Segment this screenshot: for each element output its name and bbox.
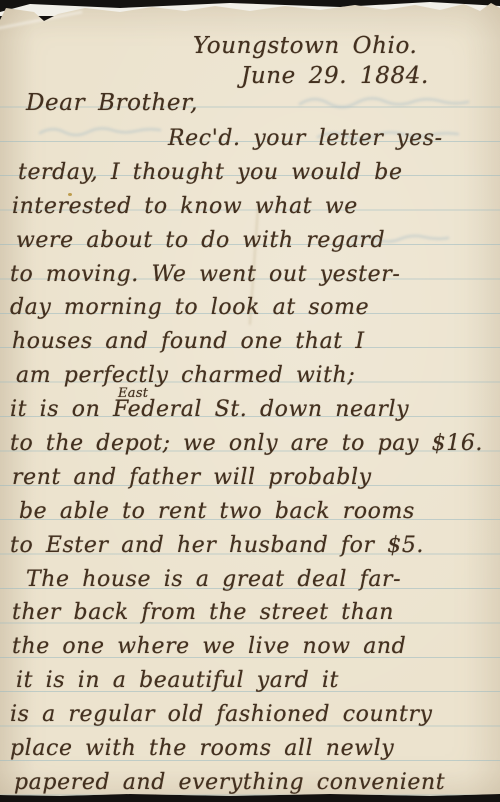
letter-line: is a regular old fashioned country <box>10 698 498 732</box>
letter-line: to the depot; we only are to pay $16. <box>10 427 498 461</box>
date-line: June 29. 1884. <box>241 63 429 89</box>
letter-line: were about to do with regard <box>16 224 498 258</box>
letter-line: am perfectly charmed with; <box>16 359 498 393</box>
letter-line: it is in a beautiful yard it <box>16 664 498 698</box>
letter-line: to Ester and her husband for $5. <box>10 529 498 563</box>
scanned-letter-page: Youngstown Ohio. June 29. 1884. Dear Bro… <box>0 0 500 802</box>
letter-line: the one where we live now and <box>12 630 498 664</box>
place-line: Youngstown Ohio. <box>193 33 417 59</box>
letter-line: be able to rent two back rooms <box>19 495 498 529</box>
letter-line: to moving. We went out yester- <box>10 258 498 292</box>
letter-line: interested to know what we <box>12 190 498 224</box>
letter-line: terday, I thought you would be <box>18 156 498 190</box>
letter-body: Rec'd. your letter yes-terday, I thought… <box>10 122 498 800</box>
letter-line: rent and father will probably <box>12 461 498 495</box>
letter-line: houses and found one that I <box>12 325 498 359</box>
letter-line: place with the rooms all newly <box>10 732 498 766</box>
letter-line: it is on Federal St. down nearly <box>10 393 498 427</box>
letter-paper: Youngstown Ohio. June 29. 1884. Dear Bro… <box>0 0 500 802</box>
letter-line: ther back from the street than <box>12 596 498 630</box>
letter-line: The house is a great deal far- <box>26 563 498 597</box>
letter-line: papered and everything convenient <box>14 766 498 800</box>
letter-line: day morning to look at some <box>10 291 498 325</box>
salutation: Dear Brother, <box>26 90 198 116</box>
letter-line: Rec'd. your letter yes- <box>168 122 498 156</box>
